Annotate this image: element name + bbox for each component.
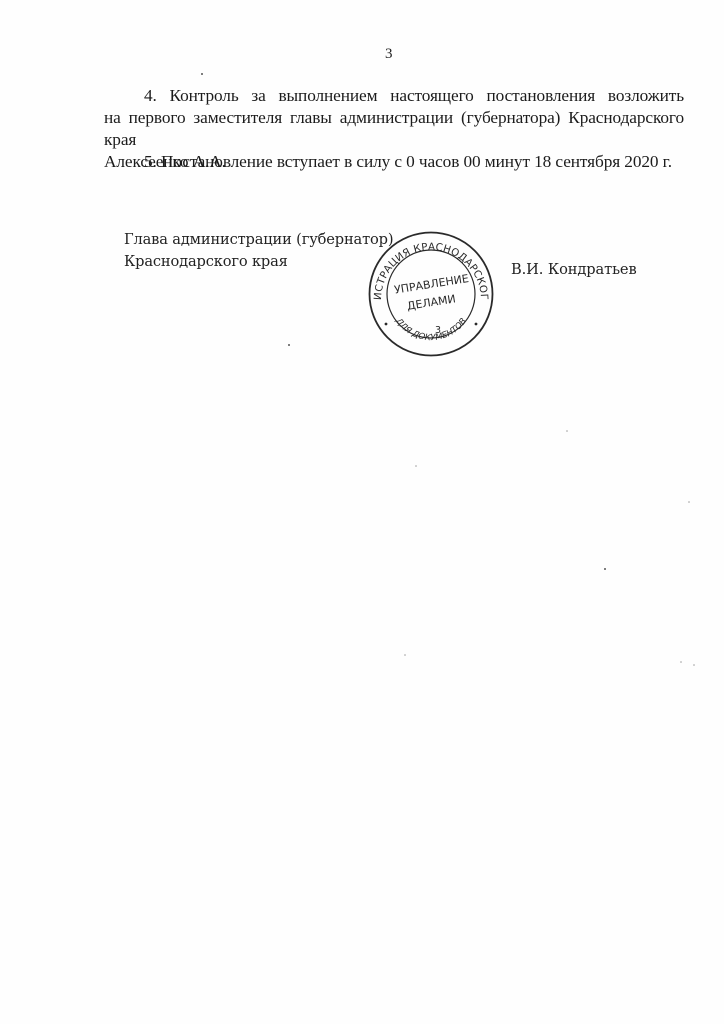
signatory-title-line-1: Глава администрации (губернатор): [124, 229, 393, 251]
stamp-center-line-1: УПРАВЛЕНИЕ: [393, 272, 470, 297]
stamp-center-line-2: ДЕЛАМИ: [406, 292, 456, 313]
svg-text:ДЛЯ ДОКУМЕНТОВ: ДЛЯ ДОКУМЕНТОВ: [392, 316, 469, 344]
scan-speck: [288, 344, 290, 346]
scan-speck: [693, 664, 695, 666]
scan-speck: [201, 73, 203, 75]
scan-speck: [604, 568, 606, 570]
paragraph-4-line-2: на первого заместителя главы администрац…: [104, 107, 684, 151]
scan-speck: [566, 430, 568, 432]
stamp-number: 3: [435, 325, 441, 336]
document-page: 3 4. Контроль за выполнением настоящего …: [0, 0, 724, 1024]
signatory-title-line-2: Краснодарского края: [124, 251, 393, 273]
scan-speck: [404, 654, 406, 656]
paragraph-5: 5. Постановление вступает в силу с 0 час…: [104, 151, 684, 173]
stamp-ring-text-bottom: ДЛЯ ДОКУМЕНТОВ: [392, 316, 469, 344]
scan-speck: [415, 465, 417, 467]
paragraph-4-line-1: 4. Контроль за выполнением настоящего по…: [104, 85, 684, 107]
paragraph-5-line-1: 5. Постановление вступает в силу с 0 час…: [104, 151, 684, 173]
stamp-seal-icon: АДМИНИСТРАЦИЯ КРАСНОДАРСКОГО КРАЯ ДЛЯ ДО…: [367, 230, 495, 358]
scan-speck: [688, 501, 690, 503]
signatory-name: В.И. Кондратьев: [511, 259, 637, 281]
signatory-title: Глава администрации (губернатор) Краснод…: [124, 229, 393, 273]
page-number: 3: [385, 46, 393, 63]
scan-speck: [680, 661, 682, 663]
official-stamp: АДМИНИСТРАЦИЯ КРАСНОДАРСКОГО КРАЯ ДЛЯ ДО…: [367, 230, 495, 358]
